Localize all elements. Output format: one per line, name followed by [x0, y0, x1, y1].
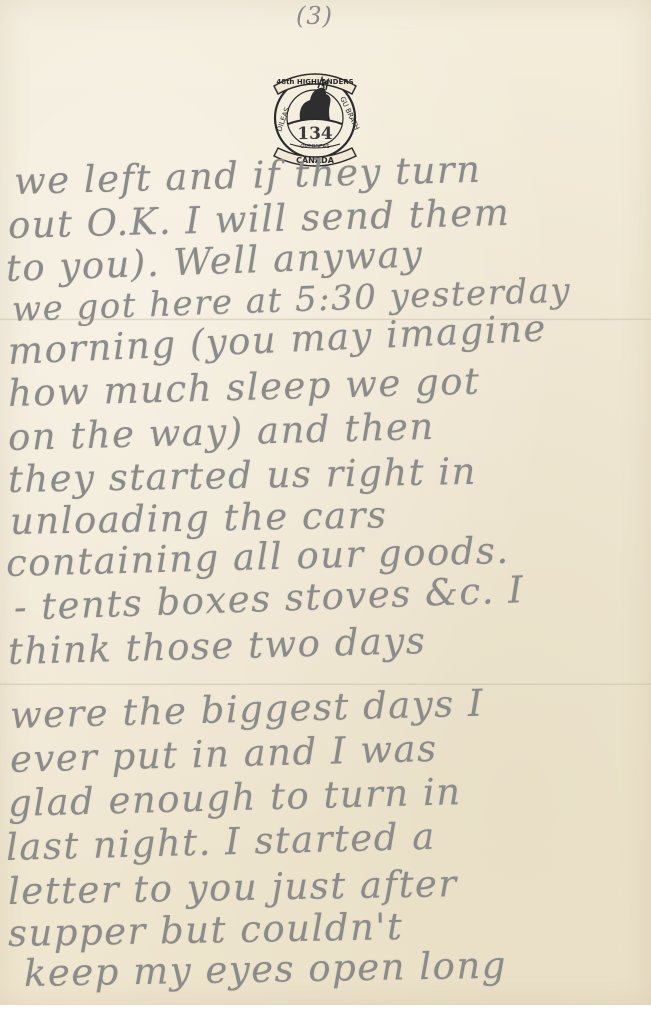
svg-text:48th HIGHLANDERS: 48th HIGHLANDERS: [276, 78, 353, 86]
svg-text:134: 134: [297, 124, 333, 144]
svg-text:OVERSEAS: OVERSEAS: [300, 144, 330, 150]
handwritten-line: they started us right in: [8, 450, 478, 501]
handwritten-line: think those two days: [7, 619, 426, 673]
letter-paper: (3) 48th HIGHLANDERS DILEAS GU BRATH 134…: [0, 0, 651, 1005]
handwritten-line: keep my eyes open long: [24, 944, 508, 995]
page-number: (3): [296, 2, 333, 30]
